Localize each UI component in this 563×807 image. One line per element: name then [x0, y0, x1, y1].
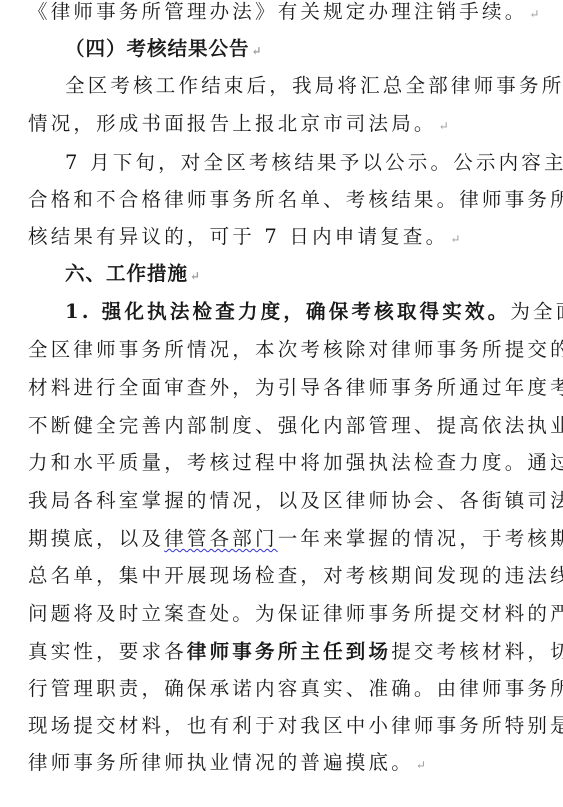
paragraph-mark-icon: ↵	[439, 119, 449, 133]
paragraph-mark-icon: ↵	[416, 758, 426, 772]
text-line: 核结果有异议的，可于 7 日内申请复查。↵	[28, 225, 498, 251]
line-text: 全区律师事务所情况，本次考核除对律师事务所提交的申报	[28, 338, 563, 361]
grammar-squiggle[interactable]: 律管各部门	[164, 527, 278, 550]
text-line: 力和水平质量，考核过程中将加强执法检查力度。通过市局、	[28, 451, 498, 475]
text-line: 律师事务所律师执业情况的普遍摸底。↵	[28, 751, 498, 777]
line-text: 情况，形成书面报告上报北京市司法局。	[28, 112, 437, 135]
text-line: 不断健全完善内部制度、强化内部管理、提高依法执业的能	[28, 414, 498, 438]
text-line: 我局各科室掌握的情况，以及区律师协会、各街镇司法所前	[28, 489, 498, 513]
text-line: 全区考核工作结束后，我局将汇总全部律师事务所考核	[65, 74, 498, 98]
line-text: 我局各科室掌握的情况，以及区律师协会、各街镇司法所前	[28, 489, 563, 512]
text-line: 情况，形成书面报告上报北京市司法局。↵	[28, 112, 498, 138]
section-heading-work-measures: 六、工作措施↵	[65, 262, 498, 288]
line-text: 真实性，要求各	[28, 640, 187, 663]
text-line: 问题将及时立案查处。为保证律师事务所提交材料的严谨性、	[28, 602, 498, 626]
line-text: 材料进行全面审查外，为引导各律师事务所通过年度考核，	[28, 376, 563, 399]
text-line: 总名单，集中开展现场检查，对考核期间发现的违法线索等	[28, 564, 498, 588]
text-line: 7 月下旬，对全区考核结果予以公示。公示内容主要为	[65, 151, 498, 175]
paragraph-mark-icon: ↵	[190, 269, 200, 283]
text-line: 现场提交材料，也有利于对我区中小律师事务所特别是个人	[28, 714, 498, 738]
line-text: 7 月下旬，对全区考核结果予以公示。公示内容主要为	[65, 151, 563, 174]
line-text: 全区考核工作结束后，我局将汇总全部律师事务所考核	[65, 74, 563, 97]
line-text: 力和水平质量，考核过程中将加强执法检查力度。通过市局、	[28, 451, 563, 474]
text-line: 期摸底，以及律管各部门一年来掌握的情况，于考核期间汇	[28, 527, 498, 551]
line-text: 为全面了解	[510, 300, 563, 323]
line-text: 提交考核材料，切实履	[391, 640, 563, 663]
text-line: 合格和不合格律师事务所名单、考核结果。律师事务所对考	[28, 188, 498, 212]
text-line: 行管理职责，确保承诺内容真实、准确。由律师事务所主任	[28, 677, 498, 701]
bold-emphasis: 律师事务所主任到场	[187, 640, 391, 663]
line-text: 《律师事务所管理办法》有关规定办理注销手续。	[28, 0, 527, 23]
heading-text: 六、工作措施	[65, 262, 188, 285]
line-text: 核结果有异议的，可于 7 日内申请复查。	[28, 225, 448, 248]
line-text: 期摸底，以及	[28, 527, 164, 550]
line-text: 总名单，集中开展现场检查，对考核期间发现的违法线索等	[28, 564, 563, 587]
line-text: 现场提交材料，也有利于对我区中小律师事务所特别是个人	[28, 714, 563, 737]
line-text: 律师事务所律师执业情况的普遍摸底。	[28, 751, 414, 774]
text-line: 《律师事务所管理办法》有关规定办理注销手续。↵	[28, 0, 498, 26]
paragraph-mark-icon: ↵	[252, 44, 262, 58]
line-text: 合格和不合格律师事务所名单、考核结果。律师事务所对考	[28, 188, 563, 211]
document-page: 《律师事务所管理办法》有关规定办理注销手续。↵ （四）考核结果公告↵ 全区考核工…	[0, 0, 563, 807]
text-line: 1. 强化执法检查力度，确保考核取得实效。为全面了解	[65, 300, 498, 324]
line-text: 行管理职责，确保承诺内容真实、准确。由律师事务所主任	[28, 677, 563, 700]
text-line: 真实性，要求各律师事务所主任到场提交考核材料，切实履	[28, 640, 498, 664]
text-line: 材料进行全面审查外，为引导各律师事务所通过年度考核，	[28, 376, 498, 400]
heading-text: （四）考核结果公告	[65, 37, 250, 60]
line-text: 问题将及时立案查处。为保证律师事务所提交材料的严谨性、	[28, 602, 563, 625]
section-heading-results-announcement: （四）考核结果公告↵	[65, 37, 498, 63]
paragraph-mark-icon: ↵	[450, 232, 460, 246]
line-text: 一年来掌握的情况，于考核期间汇	[278, 527, 563, 550]
bold-lead-sentence: 1. 强化执法检查力度，确保考核取得实效。	[65, 300, 510, 323]
paragraph-mark-icon: ↵	[529, 7, 539, 21]
line-text: 不断健全完善内部制度、强化内部管理、提高依法执业的能	[28, 414, 563, 437]
text-line: 全区律师事务所情况，本次考核除对律师事务所提交的申报	[28, 338, 498, 362]
